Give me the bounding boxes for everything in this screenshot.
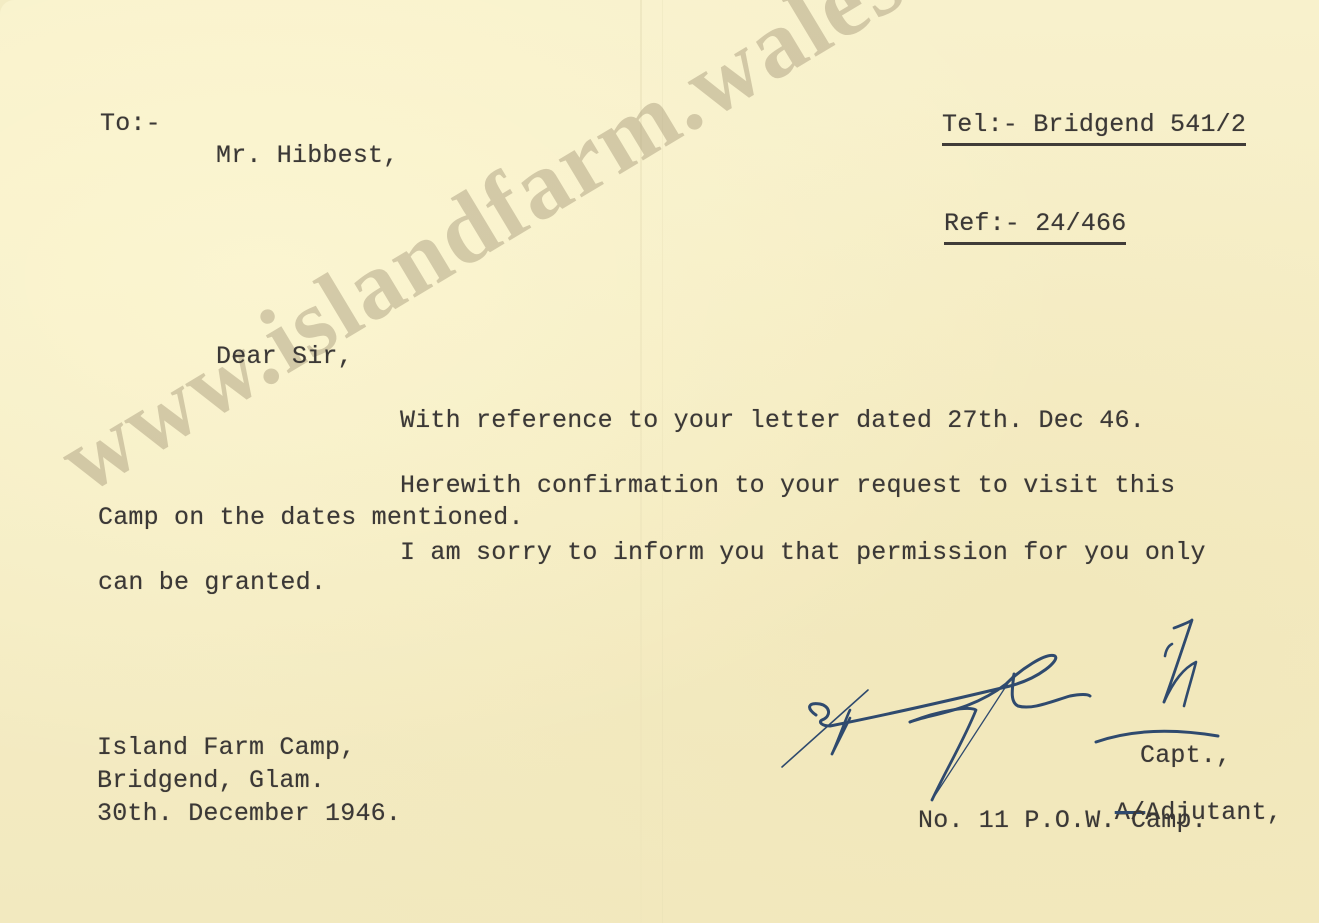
body-line-permission: I am sorry to inform you that permission… — [400, 540, 1206, 565]
body-line-confirmation-cont: Camp on the dates mentioned. — [98, 505, 524, 530]
recipient-name: Mr. Hibbest, — [216, 143, 398, 168]
to-label: To:- — [100, 111, 161, 136]
camp-unit: No. 11 P.O.W. Camp. — [918, 808, 1207, 833]
reference-number: Ref:- 24/466 — [944, 209, 1126, 245]
letter-date: 30th. December 1946. — [97, 801, 401, 826]
salutation: Dear Sir, — [216, 344, 353, 369]
body-line-permission-cont: can be granted. — [98, 570, 326, 595]
body-line-confirmation: Herewith confirmation to your request to… — [400, 473, 1175, 498]
address-line-1: Island Farm Camp, — [97, 735, 355, 760]
paper-fold-line — [662, 0, 663, 923]
handwritten-signature — [770, 610, 1250, 810]
paper-fold-line — [640, 0, 642, 923]
body-line-reference: With reference to your letter dated 27th… — [400, 408, 1145, 433]
telephone-number: Tel:- Bridgend 541/2 — [942, 110, 1246, 146]
letter-paper: www.islandfarm.wales To:- Mr. Hibbest, T… — [0, 0, 1319, 923]
watermark: www.islandfarm.wales — [40, 0, 922, 515]
address-line-2: Bridgend, Glam. — [97, 768, 325, 793]
